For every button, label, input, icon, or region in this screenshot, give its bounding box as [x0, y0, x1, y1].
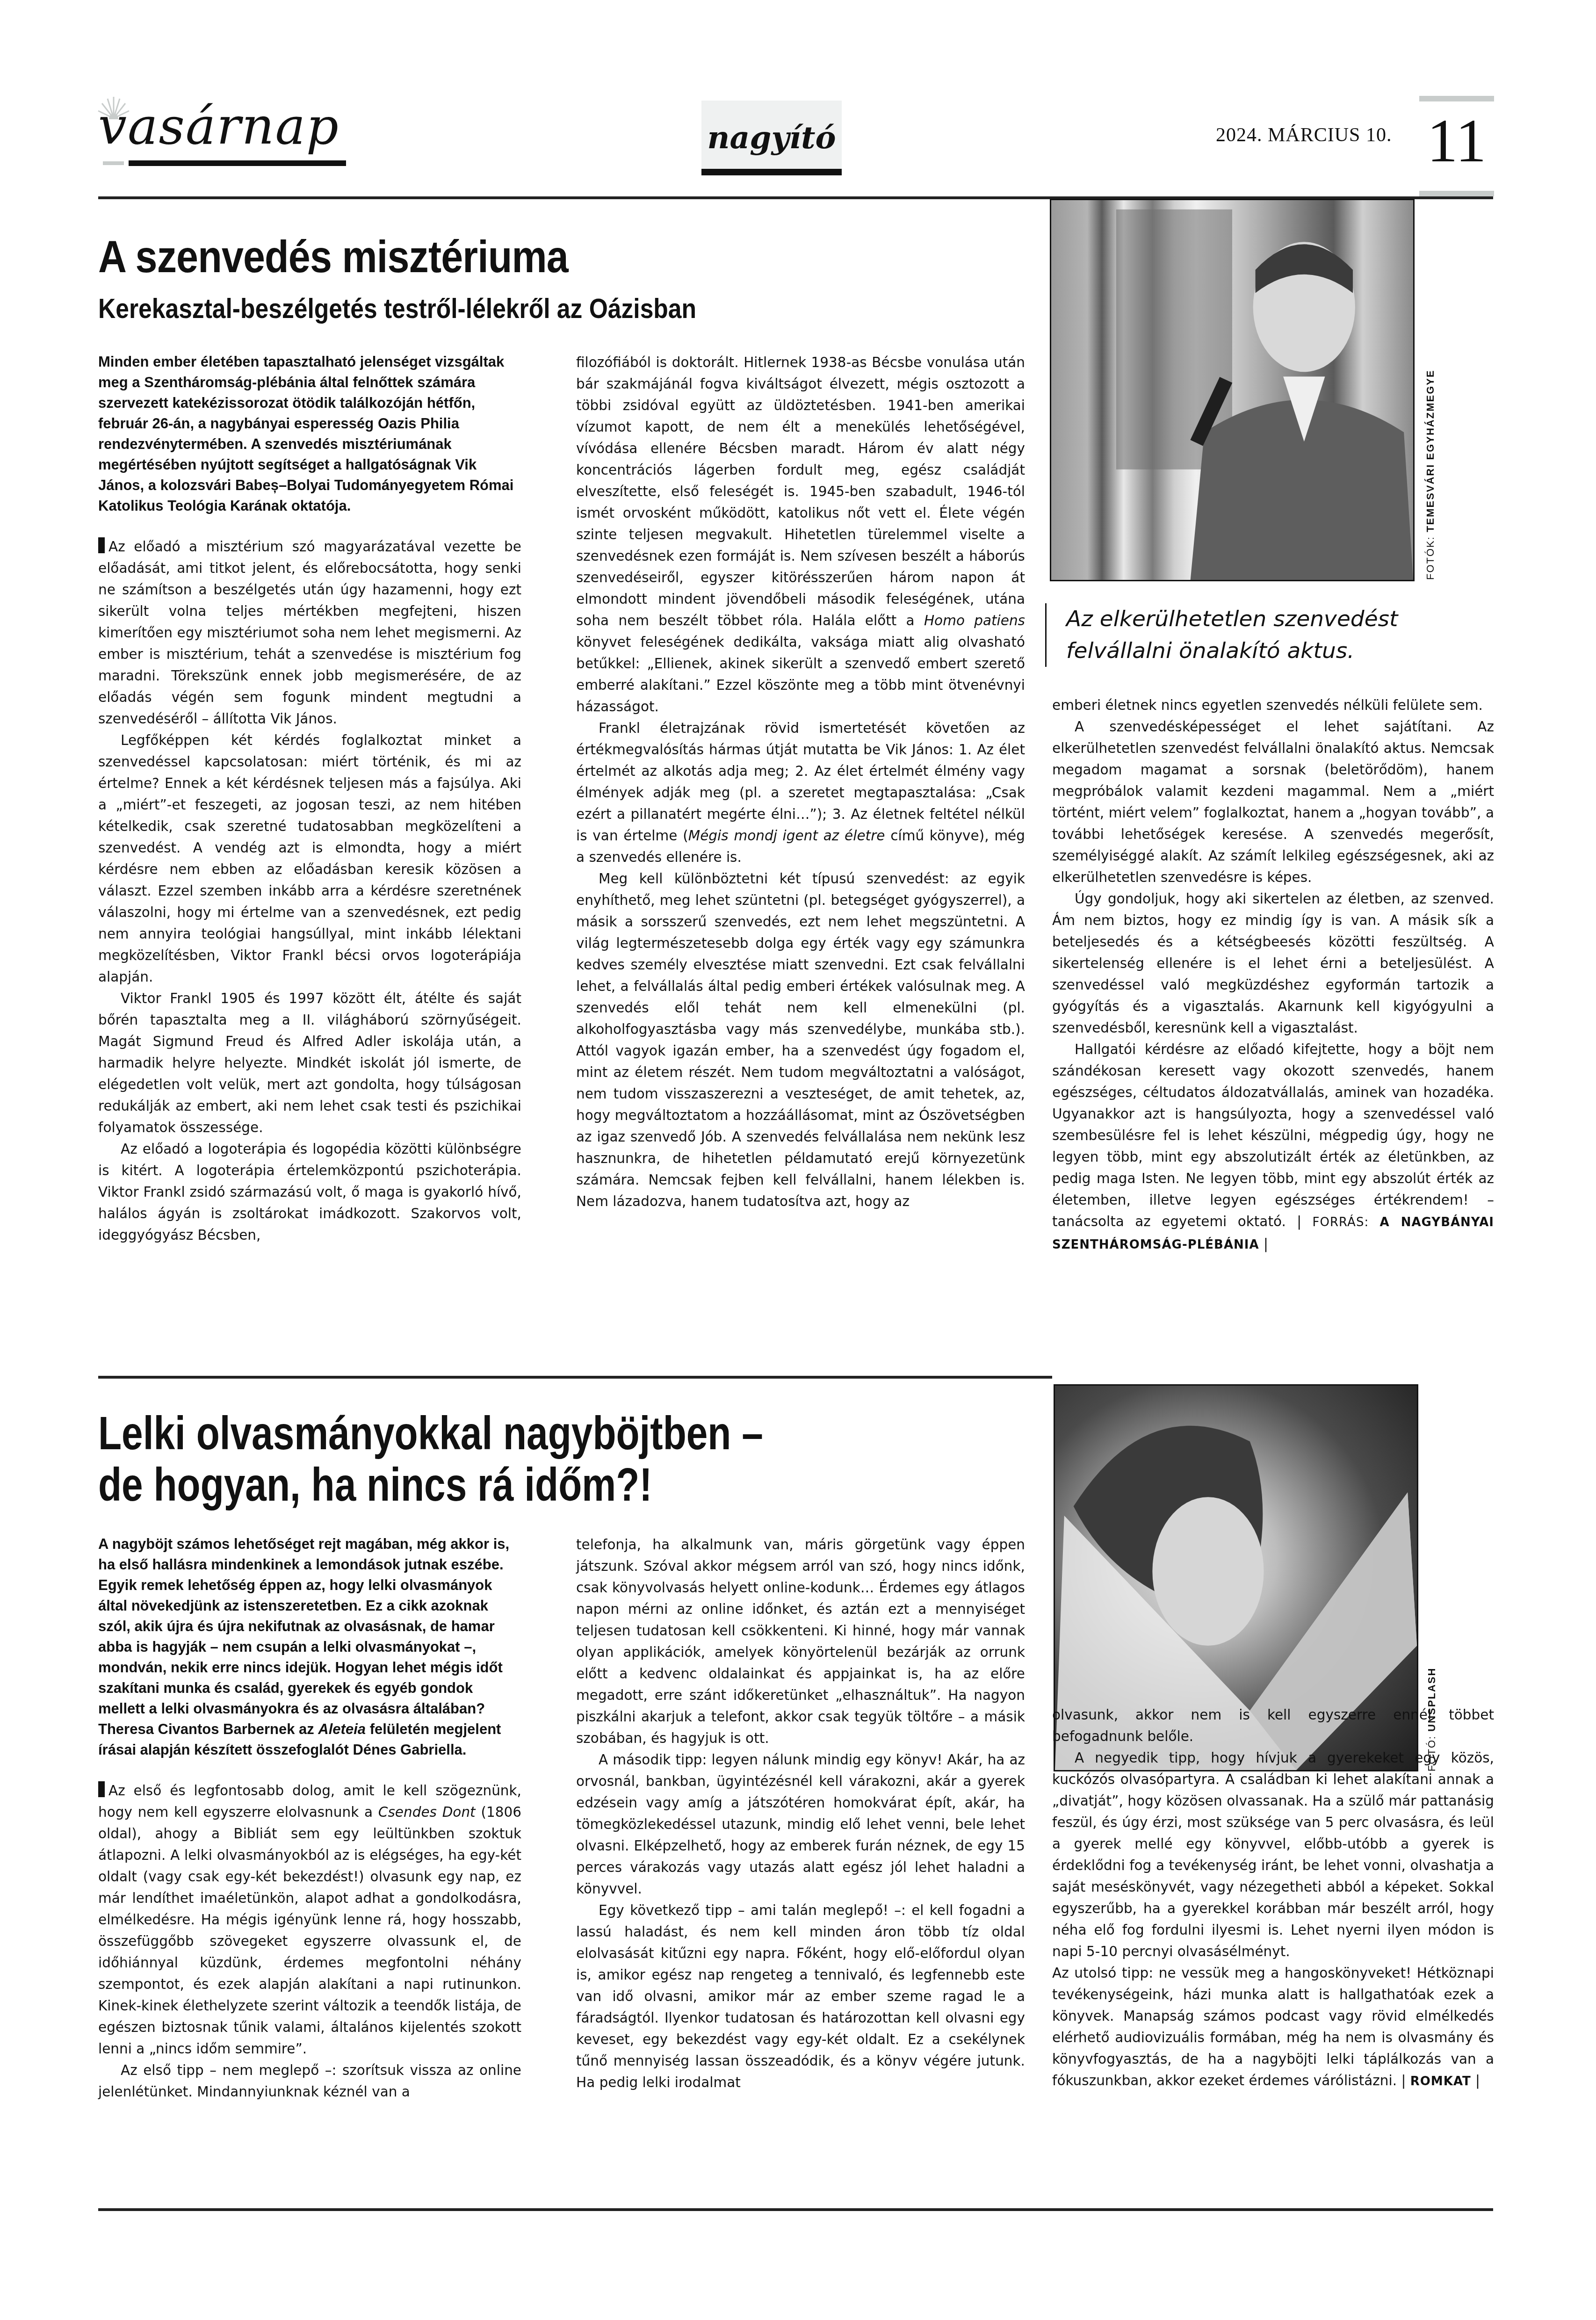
paragraph-marker-icon — [98, 1781, 105, 1797]
source-label: FORRÁS: — [1313, 1215, 1369, 1229]
logo-underline — [129, 160, 346, 166]
logo-text: vasárnap — [98, 101, 339, 152]
page-number-box: 11 — [1419, 96, 1494, 196]
pull-quote: Az elkerülhetetlen szenvedést felvállaln… — [1045, 603, 1410, 667]
page-number-top-bar — [1419, 96, 1494, 101]
paragraph: Egy következő tipp – ami talán meglepő! … — [576, 1900, 1025, 2093]
article-title: Lelki olvasmányokkal nagyböjtben – de ho… — [98, 1408, 763, 1511]
paragraph: Frankl életrajzának rövid ismertetését k… — [576, 717, 1025, 868]
paragraph: Úgy gondoljuk, hogy aki sikertelen az él… — [1052, 888, 1494, 1039]
article1-column-3: emberi életnek nincs egyetlen szenvedés … — [1052, 694, 1494, 1256]
issue-date: 2024. MÁRCIUS 10. — [1216, 124, 1392, 146]
article-lead: A nagyböjt számos lehetőséget rejt magáb… — [98, 1534, 521, 1760]
article1-column-1: Minden ember életében tapasztalható jele… — [98, 352, 521, 1246]
paragraph: Az előadó a logoterápia és logopédia köz… — [98, 1138, 521, 1246]
paragraph: olvasunk, akkor nem is kell egyszerre en… — [1052, 1704, 1494, 1747]
paragraph: Hallgatói kérdésre az előadó kifejtette,… — [1052, 1039, 1494, 1256]
paragraph: Az előadó a misztérium szó magyarázatáva… — [98, 536, 521, 730]
section-tab-underline — [701, 169, 842, 175]
paragraph: Az utolsó tipp: ne vessük meg a hangoskö… — [1052, 1962, 1494, 2092]
page-number-bottom-bar — [1419, 191, 1494, 196]
article-title: A szenvedés misztériuma — [98, 231, 568, 283]
source-name: ROMKAT — [1410, 2074, 1471, 2089]
book-title: Homo patiens — [924, 613, 1025, 629]
article1-column-2: filozófiából is doktorált. Hitlernek 193… — [576, 352, 1025, 1212]
paragraph: emberi életnek nincs egyetlen szenvedés … — [1052, 694, 1494, 716]
article2-column-1: A nagyböjt számos lehetőséget rejt magáb… — [98, 1534, 521, 2103]
paragraph: Viktor Frankl 1905 és 1997 között élt, á… — [98, 988, 521, 1138]
article-divider — [98, 1376, 1052, 1379]
paragraph: Az első tipp – nem meglepő –: szorítsuk … — [98, 2060, 521, 2103]
article2-column-3: olvasunk, akkor nem is kell egyszerre en… — [1052, 1704, 1494, 2092]
publication-logo: vasárnap — [94, 96, 346, 166]
paragraph-marker-icon — [98, 537, 105, 553]
paragraph: A második tipp: legyen nálunk mindig egy… — [576, 1749, 1025, 1900]
photo-credit: FOTÓK: TEMESVÁRI EGYHÁZMEGYE — [1424, 369, 1437, 580]
paragraph: Meg kell különböztetni két típusú szenve… — [576, 868, 1025, 1212]
book-title: Csendes Dont — [378, 1804, 476, 1820]
speaker-photo — [1050, 199, 1415, 581]
paragraph: Legfőképpen két kérdés foglalkoztat mink… — [98, 730, 521, 988]
paragraph: A negyedik tipp, hogy hívjuk a gyerekeke… — [1052, 1747, 1494, 1962]
paragraph: A szenvedésképességet el lehet sajátítan… — [1052, 716, 1494, 888]
section-label: nagyító — [701, 119, 842, 156]
page-number: 11 — [1419, 110, 1494, 172]
speaker-image — [1051, 200, 1413, 580]
book-title: Mégis mondj igent az életre — [688, 828, 885, 844]
paragraph: Az első és legfontosabb dolog, amit le k… — [98, 1780, 521, 2060]
logo-accent-bar — [103, 161, 124, 165]
article-subtitle: Kerekasztal-beszélgetés testről-lélekről… — [98, 292, 696, 325]
paragraph: telefonja, ha alkalmunk van, máris görge… — [576, 1534, 1025, 1749]
article2-column-2: telefonja, ha alkalmunk van, máris görge… — [576, 1534, 1025, 2093]
publication-name: Aleteia — [318, 1721, 366, 1737]
bottom-divider — [98, 2208, 1493, 2211]
paragraph: filozófiából is doktorált. Hitlernek 193… — [576, 352, 1025, 717]
article-lead: Minden ember életében tapasztalható jele… — [98, 352, 521, 516]
section-tab: nagyító — [701, 101, 842, 171]
masthead: vasárnap nagyító 2024. MÁRCIUS 10. 11 — [0, 0, 1596, 215]
